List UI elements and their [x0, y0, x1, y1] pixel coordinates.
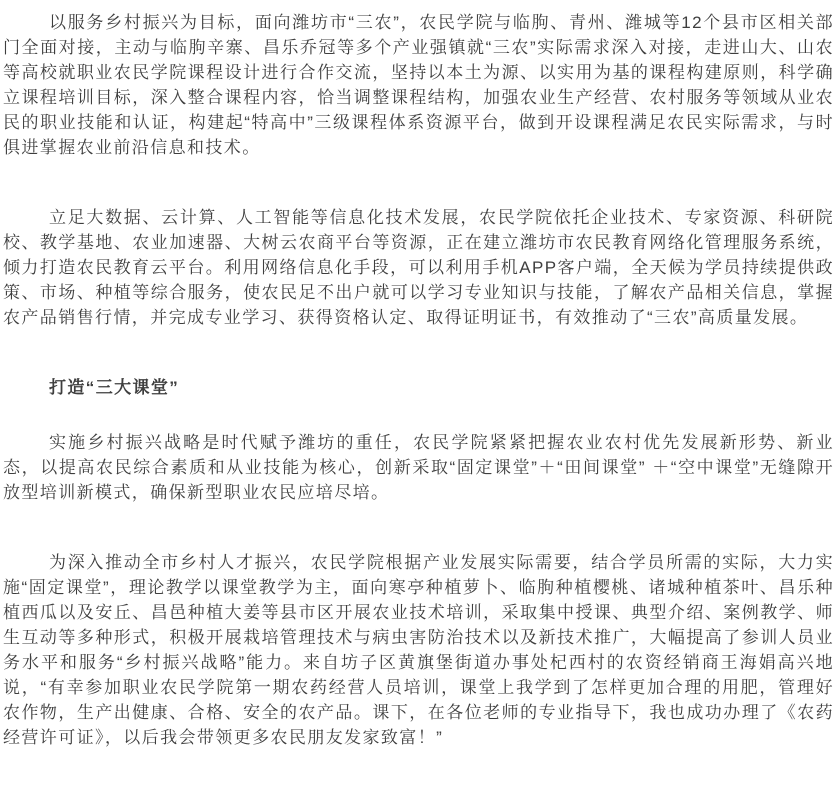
paragraph-course-system: 以服务乡村振兴为目标，面向潍坊市“三农”，农民学院与临朐、青州、潍城等12个县市… — [3, 10, 834, 160]
section-heading-three-classrooms: 打造“三大课堂” — [3, 375, 834, 400]
paragraph-training-model: 实施乡村振兴战略是时代赋予潍坊的重任，农民学院紧紧把握农业农村优先发展新形势、新… — [3, 430, 834, 505]
article-page: 以服务乡村振兴为目标，面向潍坊市“三农”，农民学院与临朐、青州、潍城等12个县市… — [0, 0, 839, 807]
paragraph-cloud-platform: 立足大数据、云计算、人工智能等信息化技术发展，农民学院依托企业技术、专家资源、科… — [3, 205, 834, 330]
paragraph-fixed-classroom: 为深入推动全市乡村人才振兴，农民学院根据产业发展实际需要，结合学员所需的实际，大… — [3, 550, 834, 750]
